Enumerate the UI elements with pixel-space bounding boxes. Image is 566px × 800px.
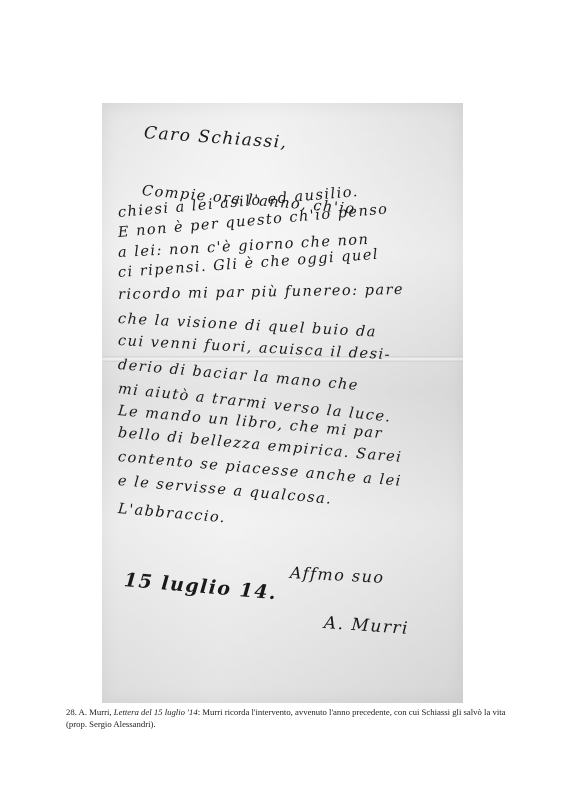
caption-number: 28. A. Murri, <box>66 707 114 717</box>
letter-signature: A. Murri <box>323 613 409 639</box>
letter-salutation: Caro Schiassi, <box>143 123 288 153</box>
letter-line: ricordo mi par più funereo: pare <box>118 282 404 303</box>
letter-photograph: Caro Schiassi, Compie ora l'anno, ch'io … <box>102 103 463 703</box>
caption-title: Lettera del 15 luglio '14 <box>114 707 198 717</box>
figure-caption: 28. A. Murri, Lettera del 15 luglio '14:… <box>66 707 506 730</box>
letter-date: 15 luglio 14. <box>123 569 278 604</box>
letter-closing: Affmo suo <box>290 563 386 587</box>
letter-line: L'abbraccio. <box>117 501 226 526</box>
